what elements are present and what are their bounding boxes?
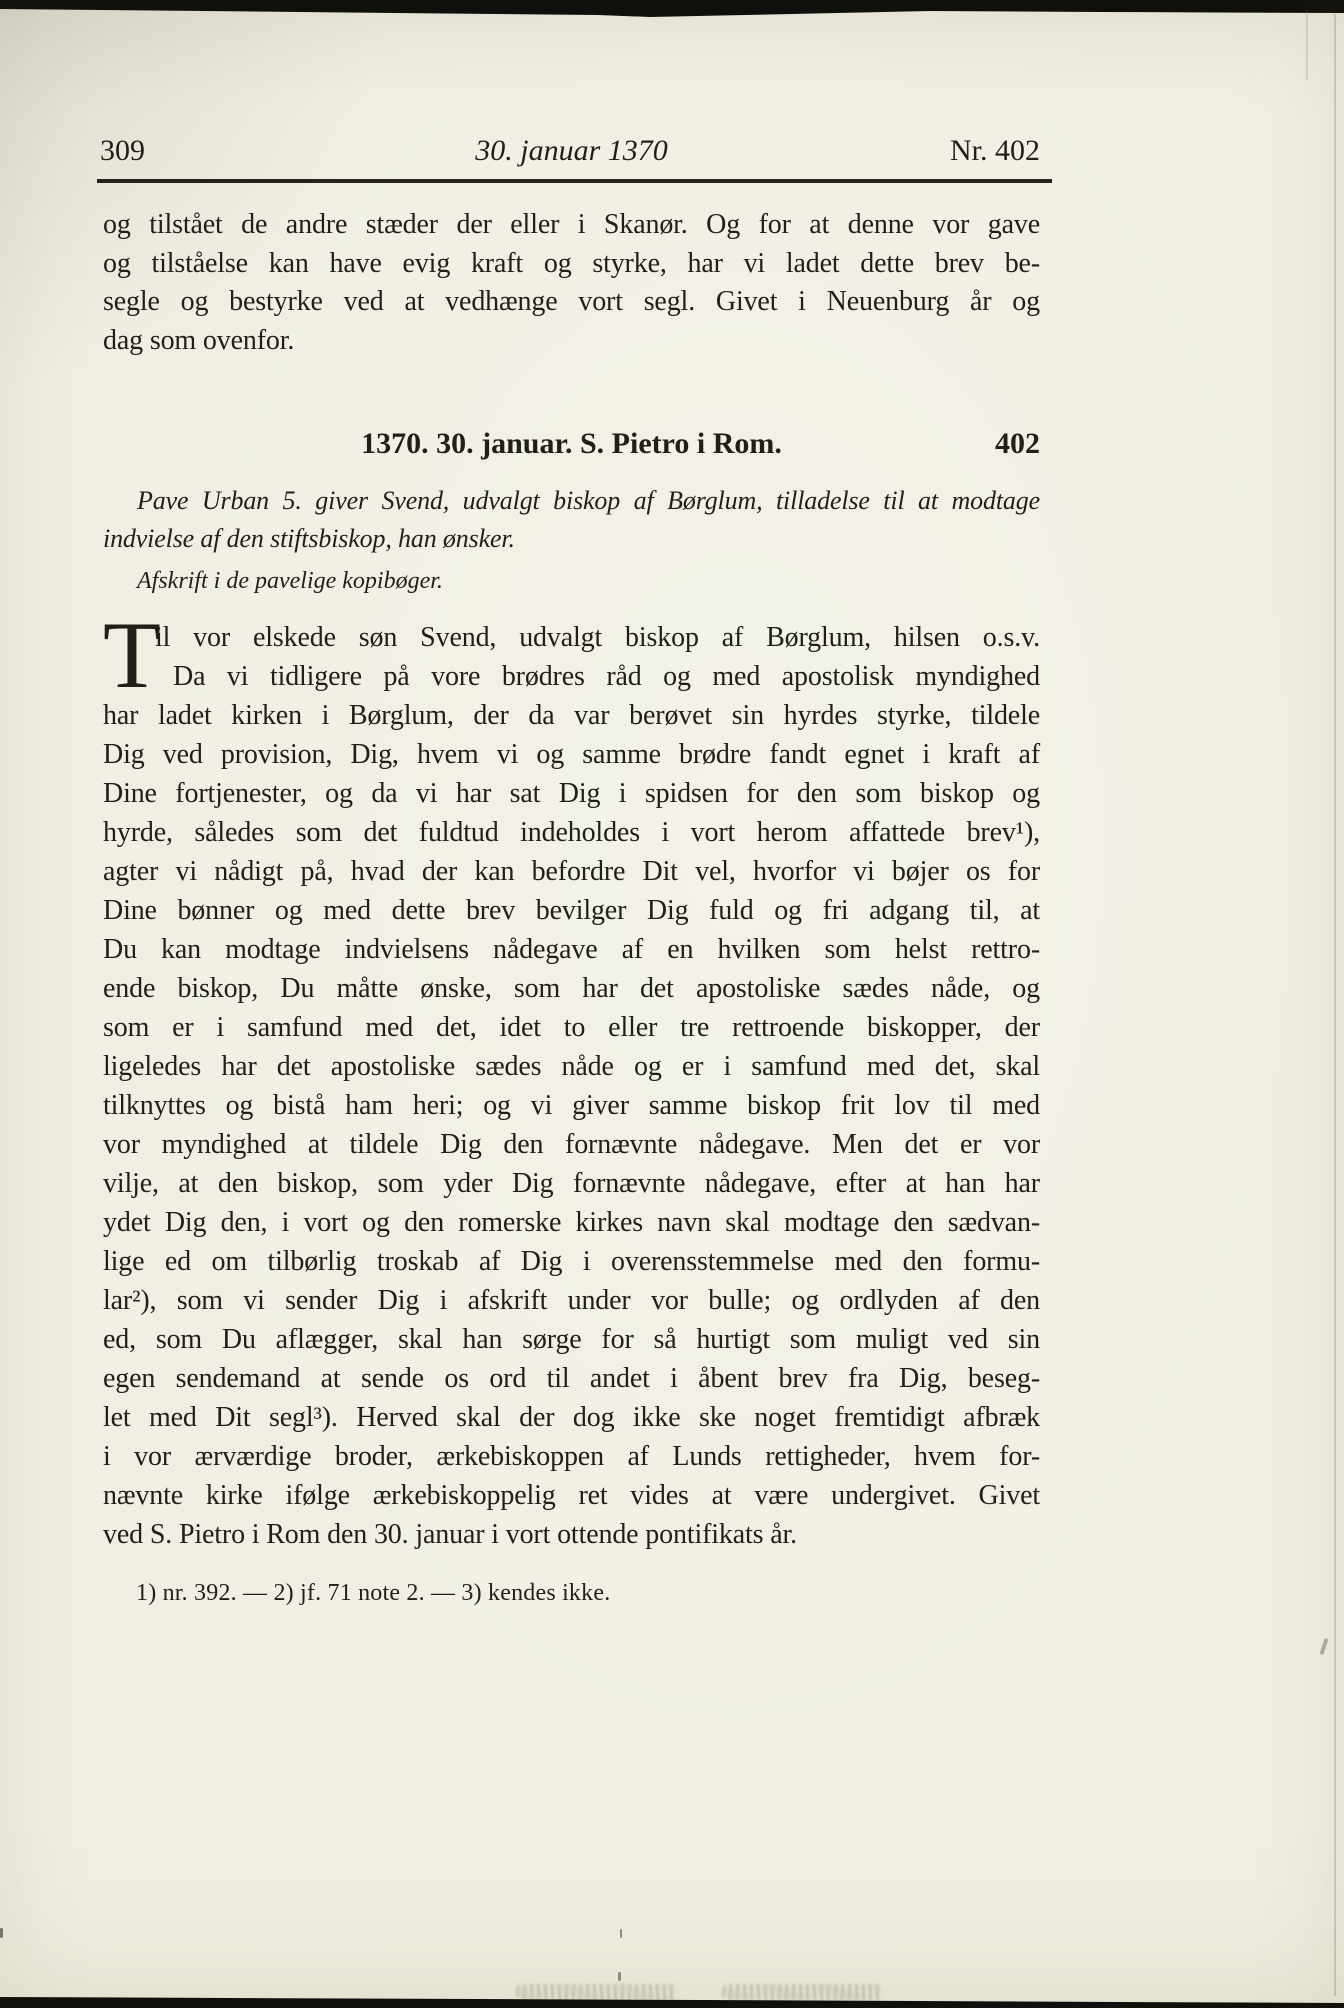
summary-line: indvielse af den stiftsbiskop, han ønske…	[103, 520, 1040, 558]
continuation-line: dag som ovenfor.	[103, 322, 1040, 361]
body-line: lige ed om tilbørlig troskab af Dig i ov…	[103, 1242, 1040, 1281]
body-line: egen sendemand at sende os ord til andet…	[103, 1359, 1040, 1398]
body-line: ydet Dig den, i vort og den romerske kir…	[103, 1203, 1040, 1242]
ink-speck	[618, 1972, 621, 1981]
entry-summary: Pave Urban 5. giver Svend, udvalgt bisko…	[103, 482, 1040, 557]
ink-speck	[1319, 1638, 1328, 1655]
body-line: Dine bønner og med dette brev bevilger D…	[103, 891, 1040, 930]
body-line: ved S. Pietro i Rom den 30. januar i vor…	[103, 1515, 1040, 1554]
entry-heading: 1370. 30. januar. S. Pietro i Rom.	[103, 427, 1040, 461]
dropcap-initial: T	[103, 608, 161, 703]
footnote: 1) nr. 392. — 2) jf. 71 note 2. — 3) ken…	[103, 1578, 1073, 1608]
body-line: nævnte kirke ifølge ærkebiskoppelig ret …	[103, 1476, 1040, 1515]
body-line: vor myndighed at tildele Dig den fornævn…	[103, 1125, 1040, 1164]
body-line: let med Dit segl³). Herved skal der dog …	[103, 1398, 1040, 1437]
entry-number: 402	[995, 427, 1040, 461]
body-line: tilknyttes og bistå ham heri; og vi give…	[103, 1086, 1040, 1125]
body-line: Dig ved provision, Dig, hvem vi og samme…	[103, 735, 1040, 774]
top-scan-bar	[0, 0, 1344, 22]
body-line: i vor ærværdige broder, ærkebiskoppen af…	[103, 1437, 1040, 1476]
body-line: agter vi nådigt på, hvad der kan befordr…	[103, 852, 1040, 891]
bleedthrough-smudge	[516, 1984, 676, 2000]
scanned-book-page: 309 30. januar 1370 Nr. 402 og tilstået …	[0, 0, 1344, 2008]
continuation-paragraph: og tilstået de andre stæder der eller i …	[103, 206, 1040, 360]
body-line: ed, som Du aflægger, skal han sørge for …	[103, 1320, 1040, 1359]
body-line: som er i samfund med det, idet to eller …	[103, 1008, 1040, 1047]
entry-heading-row: 1370. 30. januar. S. Pietro i Rom. 402	[103, 427, 1040, 465]
body-line: il vor elskede søn Svend, udvalgt biskop…	[103, 618, 1040, 657]
body-line: vilje, at den biskop, som yder Dig fornæ…	[103, 1164, 1040, 1203]
page-edge-line-short	[1306, 10, 1308, 80]
body-line: hyrde, således som det fuldtud indeholde…	[103, 813, 1040, 852]
entry-body: T il vor elskede søn Svend, udvalgt bisk…	[103, 618, 1040, 1554]
continuation-line: segle og bestyrke ved at vedhænge vort s…	[103, 283, 1040, 322]
body-line: Du kan modtage indvielsens nådegave af e…	[103, 930, 1040, 969]
body-line: har ladet kirken i Børglum, der da var b…	[103, 696, 1040, 735]
header-rule	[97, 179, 1052, 183]
page-edge-line	[1334, 14, 1336, 1996]
source-note: Afskrift i de pavelige kopibøger.	[137, 568, 443, 595]
bleedthrough-smudge	[722, 1984, 882, 2000]
running-head-number: Nr. 402	[103, 133, 1040, 169]
ink-speck	[620, 1929, 622, 1938]
body-line: ende biskop, Du måtte ønske, som har det…	[103, 969, 1040, 1008]
body-line: Dine fortjenester, og da vi har sat Dig …	[103, 774, 1040, 813]
summary-line: Pave Urban 5. giver Svend, udvalgt bisko…	[103, 482, 1040, 520]
continuation-line: og tilstået de andre stæder der eller i …	[103, 206, 1040, 245]
continuation-line: og tilståelse kan have evig kraft og sty…	[103, 245, 1040, 284]
body-line: Da vi tidligere på vore brødres råd og m…	[103, 657, 1040, 696]
body-line: ligeledes har det apostoliske sædes nåde…	[103, 1047, 1040, 1086]
ink-speck	[0, 1928, 3, 1938]
body-line: lar²), som vi sender Dig i afskrift unde…	[103, 1281, 1040, 1320]
